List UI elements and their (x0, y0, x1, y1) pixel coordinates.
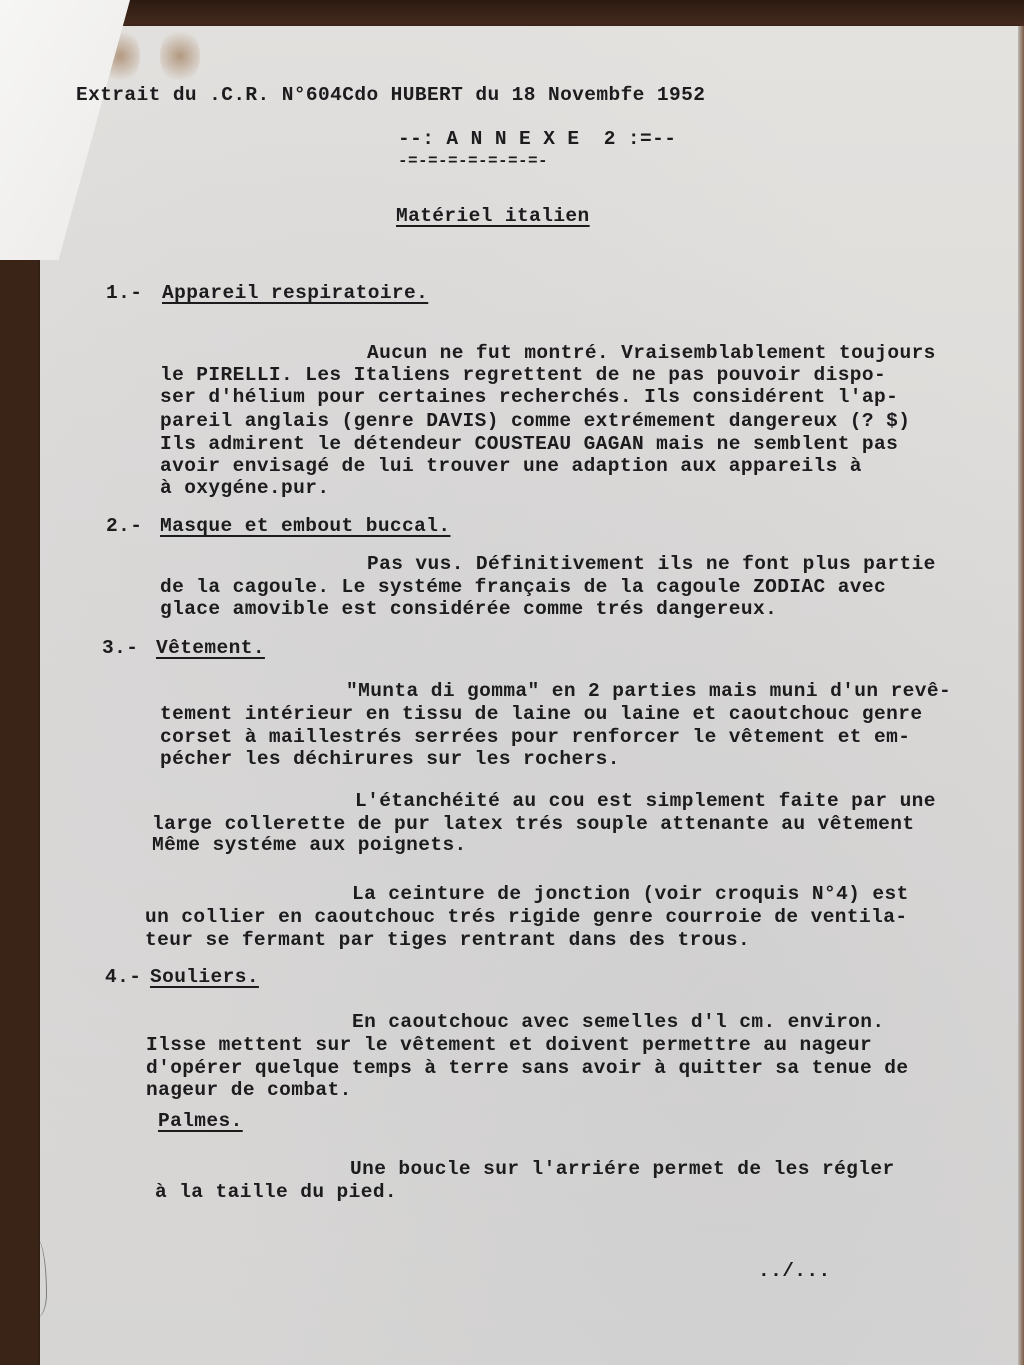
text-line: teur se fermant par tiges rentrant dans … (145, 929, 750, 951)
text-line: d'opérer quelque temps à terre sans avoi… (146, 1057, 908, 1079)
annex-rule: -=-=-=-=-=-=-=- (398, 150, 548, 172)
continuation-mark: ../... (758, 1260, 831, 1282)
text-line: avoir envisagé de lui trouver une adapti… (160, 455, 862, 477)
text-line: à oxygéne.pur. (160, 477, 329, 499)
typewritten-document: Extrait du .C.R. N°604Cdo HUBERT du 18 N… (0, 0, 1024, 1365)
section-number: 4.- (105, 966, 141, 988)
document-reference: Extrait du .C.R. N°604Cdo HUBERT du 18 N… (76, 84, 705, 106)
text-line: Même systéme aux poignets. (152, 834, 467, 856)
section-heading: Vêtement. (156, 637, 265, 659)
text-line: glace amovible est considérée comme trés… (160, 598, 777, 620)
text-line: le PIRELLI. Les Italiens regrettent de n… (160, 364, 886, 386)
section-number: 2.- (106, 515, 142, 537)
text-line: nageur de combat. (146, 1079, 352, 1101)
text-line: Ilsse mettent sur le vêtement et doivent… (146, 1034, 872, 1056)
text-line: L'étanchéité au cou est simplement faite… (355, 790, 936, 812)
text-line: La ceinture de jonction (voir croquis N°… (352, 883, 909, 905)
text-line: un collier en caoutchouc trés rigide gen… (145, 906, 907, 928)
text-line: Ils admirent le détendeur COUSTEAU GAGAN… (160, 433, 898, 455)
text-line: large collerette de pur latex trés soupl… (152, 813, 914, 835)
section-heading: Palmes. (158, 1110, 243, 1132)
text-line: "Munta di gomma" en 2 parties mais muni … (346, 680, 951, 702)
text-line: Aucun ne fut montré. Vraisemblablement t… (367, 342, 936, 364)
section-heading: Masque et embout buccal. (160, 515, 450, 537)
text-line: pécher les déchirures sur les rochers. (160, 748, 620, 770)
text-line: En caoutchouc avec semelles d'l cm. envi… (352, 1011, 884, 1033)
section-number: 1.- (106, 282, 142, 304)
text-line: Pas vus. Définitivement ils ne font plus… (367, 553, 936, 575)
text-line: tement intérieur en tissu de laine ou la… (160, 703, 922, 725)
text-line: ser d'hélium pour certaines recherchés. … (160, 386, 898, 408)
text-line: Une boucle sur l'arriére permet de les r… (350, 1158, 895, 1180)
text-line: de la cagoule. Le systéme français de la… (160, 576, 886, 598)
text-line: à la taille du pied. (155, 1181, 397, 1203)
text-line: pareil anglais (genre DAVIS) comme extré… (160, 410, 910, 432)
section-number: 3.- (102, 637, 138, 659)
text-line: corset à maillestrés serrées pour renfor… (160, 726, 910, 748)
document-title: Matériel italien (396, 205, 590, 227)
annex-label: --: A N N E X E 2 :=-- (398, 128, 676, 150)
section-heading: Souliers. (150, 966, 259, 988)
section-heading: Appareil respiratoire. (162, 282, 428, 304)
